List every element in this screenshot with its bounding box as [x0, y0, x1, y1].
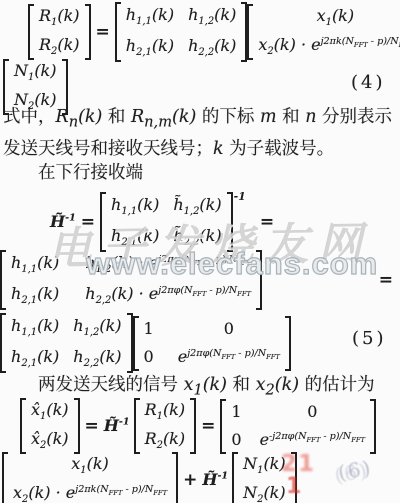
math-term: 0 — [144, 348, 154, 366]
right-bracket — [190, 398, 196, 454]
body-paragraph-1: 式中，Rn(k) 和 Rn,m(k) 的下标 m 和 n 分别表示发送天线号和接… — [3, 104, 399, 163]
right-bracket — [74, 398, 80, 454]
equation-number-6-ghost: (6) — [336, 455, 374, 485]
math-term: x1(k) — [317, 7, 355, 28]
equals-sign: = — [201, 416, 215, 436]
equals-sign: = — [379, 270, 393, 290]
equation-6-line2: x1(k) x2(k) · ej2πk(NFFT - p)/NFFT + H̃-… — [2, 452, 297, 503]
math-term: h2,2(k) — [73, 348, 121, 369]
math-term: h2,1(k) — [11, 348, 59, 369]
right-bracket — [256, 250, 262, 310]
math-term: h̃1,2(k) — [173, 196, 221, 217]
math-term: x̂2(k) — [31, 430, 69, 451]
math-term: 1 — [231, 403, 241, 421]
vector-R: R1(k) R2(k) — [134, 398, 197, 454]
H-inverse-symbol: H̃-1 — [50, 213, 76, 231]
math-term: x̂1(k) — [31, 401, 69, 422]
equation-4-main: R1(k) R2(k) = h1,1(k) h1,2(k) h2,1(k) h2… — [28, 2, 400, 62]
H-inverse-symbol: H̃-1 — [104, 417, 130, 435]
equals-sign: = — [260, 212, 274, 232]
matrix-H-plain: h1,1(k) h1,2(k) h2,1(k) h2,2(k) — [0, 313, 133, 373]
right-bracket — [85, 4, 91, 60]
left-bracket — [247, 4, 253, 60]
equation-6-line1: x̂1(k) x̂2(k) = H̃-1 R1(k) R2(k) = 1 0 0… — [20, 398, 376, 454]
math-term: h1,2(k) · ej2πφ(NFFT - p)/NFFT — [85, 254, 251, 275]
math-term: 0 — [307, 403, 317, 421]
equation-5-line2: h1,1(k) h1,2(k) · ej2πφ(NFFT - p)/NFFT h… — [0, 250, 398, 310]
math-term: h1,2(k) — [188, 6, 236, 27]
left-bracket — [115, 2, 121, 62]
right-bracket — [172, 452, 178, 503]
math-term: R1(k) — [145, 401, 186, 422]
right-bracket — [370, 399, 376, 454]
right-bracket — [291, 452, 297, 503]
left-bracket — [232, 452, 238, 503]
math-term: h̃2,2(k) — [173, 227, 221, 248]
math-term: h1,2(k) — [73, 317, 121, 338]
matrix-phase-diagonal: 1 0 0 ej2πφ(NFFT - p)/NFFT — [133, 316, 291, 371]
math-term: R1(k) — [39, 7, 80, 28]
matrix-H-tilde: h1,1(k) h̃1,2(k) h2,1(k) h̃2,2(k) — [100, 192, 233, 252]
left-bracket — [134, 398, 140, 454]
math-term: e-j2πφ(NFFT - p)/NFFT — [260, 431, 365, 449]
math-term: x1(k) — [71, 455, 109, 476]
plus-sign: + — [183, 470, 197, 490]
math-term: x2(k) · ej2πk(NFFT - p)/NFFT — [258, 36, 400, 57]
math-term: N1(k) — [14, 62, 57, 83]
math-term: 0 — [224, 320, 234, 338]
math-term: h2,1(k) — [11, 285, 59, 306]
math-term: 0 — [231, 431, 241, 449]
left-bracket — [220, 399, 226, 454]
math-term: h1,1(k) — [126, 6, 174, 27]
math-term: h2,1(k) — [126, 37, 174, 58]
vector-x: x1(k) x2(k) · ej2πk(NFFT - p)/NFFT — [247, 4, 400, 60]
equals-sign: = — [85, 416, 99, 436]
left-bracket — [100, 192, 106, 252]
math-term: x2(k) · ej2πk(NFFT - p)/NFFT — [13, 484, 167, 503]
math-term: h1,1(k) — [11, 317, 59, 338]
left-bracket — [2, 452, 8, 503]
math-term: N1(k) — [243, 455, 286, 476]
math-term: h2,1(k) — [111, 227, 159, 248]
math-term: R2(k) — [39, 36, 80, 57]
vector-N: N1(k) N2(k) — [232, 452, 297, 503]
H-inverse-symbol: H̃-1 — [202, 471, 228, 489]
left-bracket — [0, 250, 6, 310]
matrix-H: h1,1(k) h1,2(k) h2,1(k) h2,2(k) — [115, 2, 248, 62]
left-bracket — [28, 4, 34, 60]
math-term: h1,1(k) — [111, 196, 159, 217]
equation-number-5: (5) — [352, 328, 387, 349]
vector-x-hat: x̂1(k) x̂2(k) — [20, 398, 80, 454]
math-term: 1 — [144, 320, 154, 338]
equals-sign: = — [96, 22, 110, 42]
left-bracket — [20, 398, 26, 454]
equation-5-line1: H̃-1 = h1,1(k) h̃1,2(k) h2,1(k) h̃2,2(k)… — [50, 192, 279, 252]
matrix-inverse-exponent: -1 — [234, 190, 246, 203]
vector-x: x1(k) x2(k) · ej2πk(NFFT - p)/NFFT — [2, 452, 178, 503]
equation-number-4: (4) — [351, 72, 386, 93]
scanned-paper-page: R1(k) R2(k) = h1,1(k) h1,2(k) h2,1(k) h2… — [0, 0, 400, 503]
vector-R: R1(k) R2(k) — [28, 4, 91, 60]
matrix-H-phase: h1,1(k) h1,2(k) · ej2πφ(NFFT - p)/NFFT h… — [0, 250, 262, 310]
math-term: h2,2(k) — [188, 37, 236, 58]
equation-5-line3: h1,1(k) h1,2(k) h2,1(k) h2,2(k) 1 0 0 ej… — [0, 313, 291, 373]
equals-sign: = — [81, 212, 95, 232]
right-bracket — [227, 192, 233, 252]
math-term: ej2πφ(NFFT - p)/NFFT — [178, 348, 280, 366]
left-bracket — [0, 313, 6, 373]
math-term: R2(k) — [145, 430, 186, 451]
math-term: h1,1(k) — [11, 254, 59, 275]
math-term: h2,2(k) · ej2πφ(NFFT - p)/NFFT — [85, 285, 251, 306]
matrix-phase-diagonal-inverse: 1 0 0 e-j2πφ(NFFT - p)/NFFT — [220, 399, 376, 454]
body-paragraph-1b: 在下行接收端 — [38, 160, 143, 187]
left-bracket — [133, 316, 139, 371]
right-bracket — [285, 316, 291, 371]
math-term: N2(k) — [243, 484, 286, 503]
